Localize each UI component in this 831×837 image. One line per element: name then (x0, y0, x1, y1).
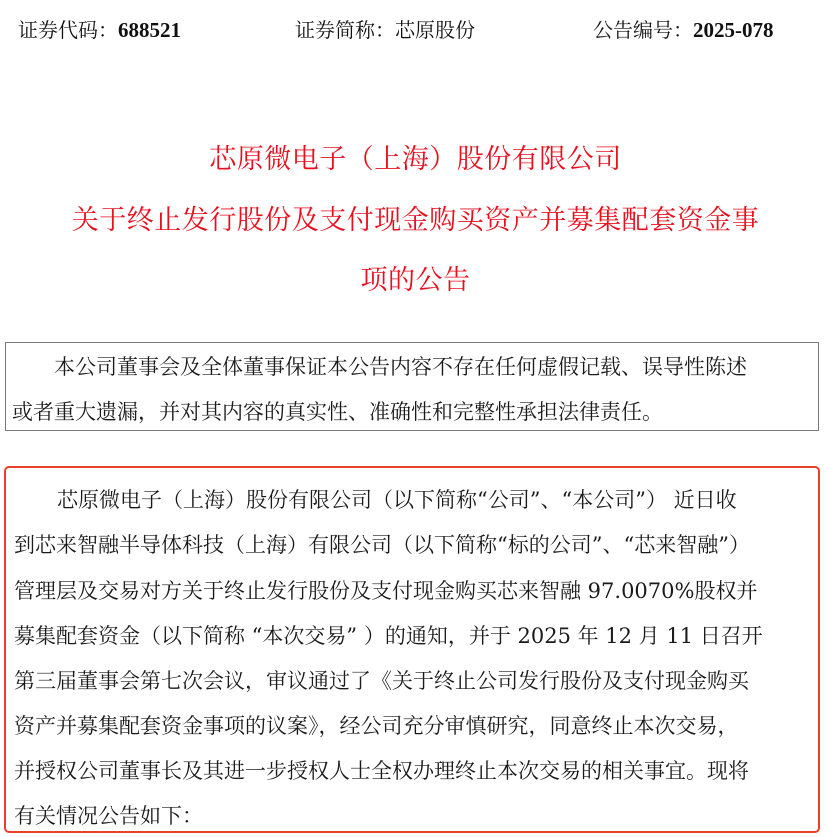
stock-code-label: 证券代码： (18, 18, 118, 42)
stock-name-label: 证券简称： (295, 18, 395, 42)
title-company-name: 芯原微电子（上海）股份有限公司 (0, 145, 831, 175)
disclaimer-line: 本公司董事会及全体董事保证本公告内容不存在任何虚假记载、误导性陈述 (54, 354, 747, 380)
stock-name-value: 芯原股份 (395, 18, 475, 42)
disclaimer-box: 本公司董事会及全体董事保证本公告内容不存在任何虚假记载、误导性陈述 或者重大遗漏… (5, 342, 819, 431)
stock-name: 证券简称：芯原股份 (295, 12, 475, 48)
document-header: 证券代码：688521 证券简称：芯原股份 公告编号：2025-078 (18, 12, 818, 48)
notice-line: 芯原微电子（上海）股份有限公司（以下简称“公司”、“本公司”） 近日收 (57, 487, 737, 513)
notice-line: 资产并募集配套资金事项的议案》，经公司充分审慎研究，同意终止本次交易， (14, 713, 739, 739)
notice-line: 第三届董事会第七次会议，审议通过了《关于终止公司发行股份及支付现金购买 (14, 668, 749, 694)
disclaimer-line: 或者重大遗漏，并对其内容的真实性、准确性和完整性承担法律责任。 (12, 399, 663, 425)
announcement-number-label: 公告编号： (593, 18, 693, 42)
notice-line: 并授权公司董事长及其进一步授权人士全权办理终止本次交易的相关事宜。现将 (14, 758, 749, 784)
title-subject-line-1: 关于终止发行股份及支付现金购买资产并募集配套资金事 (0, 206, 831, 236)
stock-code-value: 688521 (118, 18, 181, 42)
notice-line: 到芯来智融半导体科技（上海）有限公司（以下简称“标的公司”、“芯来智融”） (14, 532, 750, 558)
announcement-number: 公告编号：2025-078 (593, 12, 774, 48)
notice-line: 募集配套资金（以下简称 “本次交易” ）的通知，并于 2025 年 12 月 1… (14, 623, 763, 649)
notice-line: 有关情况公告如下： (14, 803, 203, 829)
notice-line: 管理层及交易对方关于终止发行股份及支付现金购买芯来智融 97.0070%股权并 (14, 578, 757, 604)
stock-code: 证券代码：688521 (18, 12, 181, 48)
title-subject-line-2: 项的公告 (0, 266, 831, 296)
highlighted-notice-box: 芯原微电子（上海）股份有限公司（以下简称“公司”、“本公司”） 近日收 到芯来智… (4, 466, 820, 833)
announcement-number-value: 2025-078 (693, 18, 774, 42)
